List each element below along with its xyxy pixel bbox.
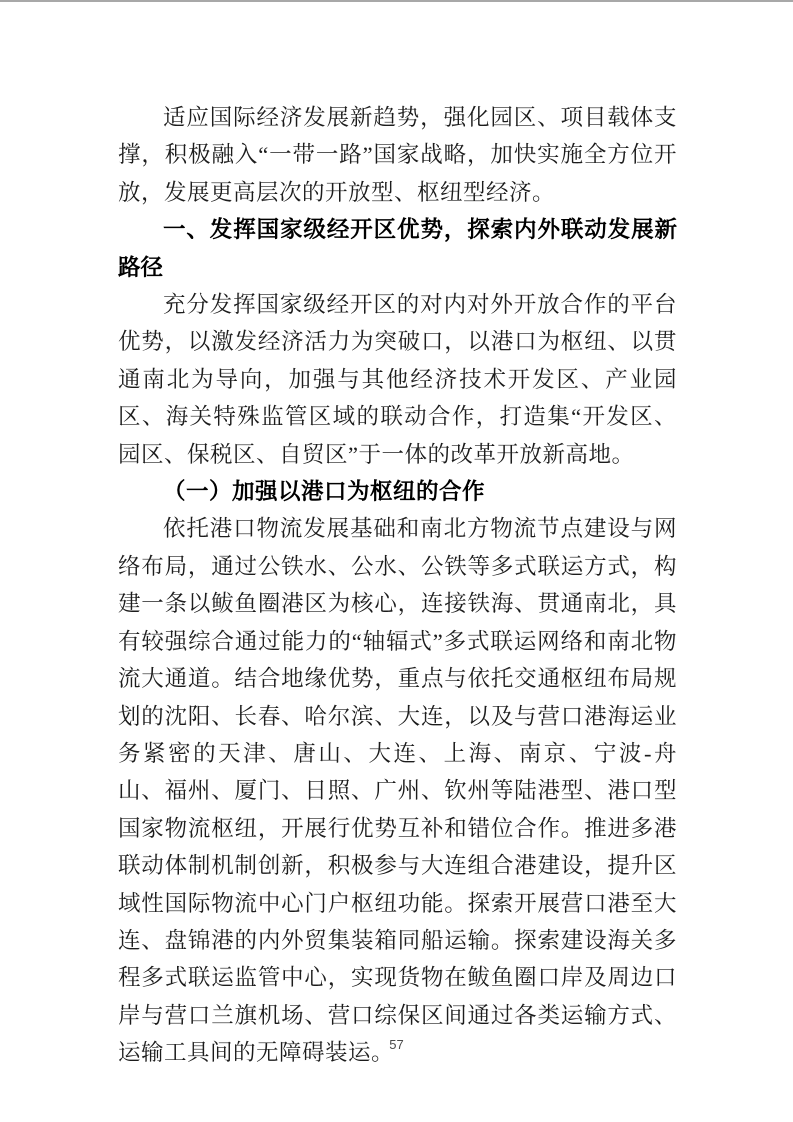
page-footer: 57 xyxy=(0,1036,793,1054)
page-top-divider xyxy=(0,0,793,2)
paragraph-intro: 适应国际经济发展新趋势，强化园区、项目载体支撑，积极融入“一带一路”国家战略，加… xyxy=(118,99,677,211)
document-body: 适应国际经济发展新趋势，强化园区、项目载体支撑，积极融入“一带一路”国家战略，加… xyxy=(118,99,677,1072)
paragraph-section-1-intro: 充分发挥国家级经开区的对内对外开放合作的平台优势，以激发经济活力为突破口，以港口… xyxy=(118,286,677,473)
document-page: 适应国际经济发展新趋势，强化园区、项目载体支撑，积极融入“一带一路”国家战略，加… xyxy=(0,0,793,1122)
subsection-heading-1: （一）加强以港口为枢纽的合作 xyxy=(118,473,677,510)
section-heading-1: 一、发挥国家级经开区优势，探索内外联动发展新路径 xyxy=(118,211,677,286)
paragraph-subsection-1-body: 依托港口物流发展基础和南北方物流节点建设与网络布局，通过公铁水、公水、公铁等多式… xyxy=(118,510,677,1071)
page-number: 57 xyxy=(389,1037,403,1052)
